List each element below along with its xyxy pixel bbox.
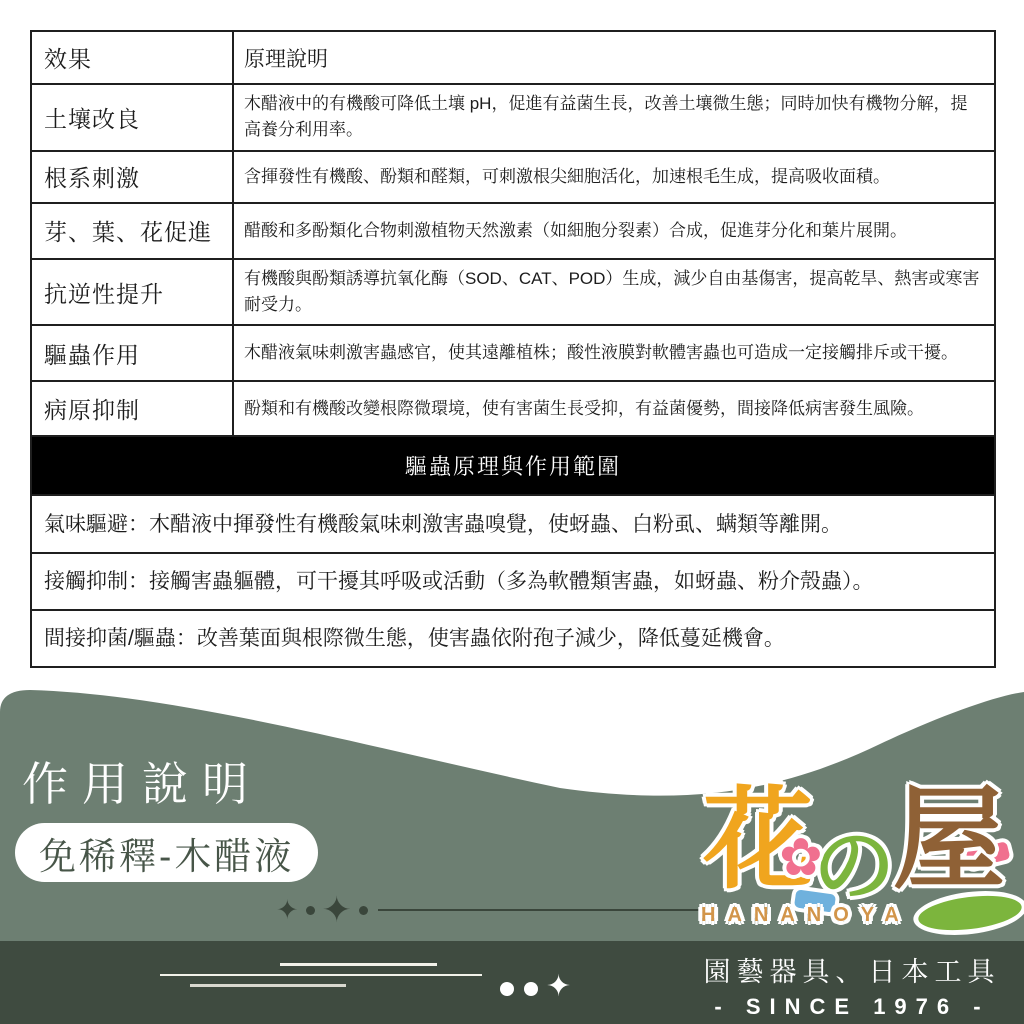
logo-latin-text: HANANOYA	[701, 905, 911, 925]
desc-cell: 酚類和有機酸改變根際微環境，使有害菌生長受抑，有益菌優勢，間接降低病害發生風險。	[233, 381, 995, 436]
table-header-row: 效果 原理說明	[31, 31, 995, 84]
divider-line	[378, 909, 700, 911]
product-subtitle-label: 免稀釋-木醋液	[39, 826, 294, 880]
effect-cell: 驅蟲作用	[31, 325, 233, 381]
desc-cell: 木醋液中的有機酸可降低土壤 pH，促進有益菌生長，改善土壤微生態；同時加快有機物…	[233, 84, 995, 151]
four-point-star-icon: ✦	[322, 892, 352, 928]
table-row: 病原抑制 酚類和有機酸改變根際微環境，使有害菌生長受抑，有益菌優勢，間接降低病害…	[31, 381, 995, 436]
dot-icon	[500, 982, 514, 996]
table-row: 根系刺激 含揮發性有機酸、酚類和醛類，可刺激根尖細胞活化，加速根毛生成，提高吸收…	[31, 151, 995, 203]
table-row: 抗逆性提升 有機酸與酚類誘導抗氧化酶（SOD、CAT、POD）生成，減少自由基傷…	[31, 259, 995, 326]
table-row: 芽、葉、花促進 醋酸和多酚類化合物刺激植物天然激素（如細胞分裂素）合成，促進芽分…	[31, 203, 995, 259]
header-effect: 效果	[31, 31, 233, 84]
dot-icon	[524, 982, 538, 996]
product-subtitle-pill: 免稀釋-木醋液	[15, 823, 318, 882]
effect-cell: 土壤改良	[31, 84, 233, 151]
mechanism-text: 間接抑菌/驅蟲：改善葉面與根際微生態，使害蟲依附孢子減少，降低蔓延機會。	[31, 610, 995, 667]
effect-cell: 芽、葉、花促進	[31, 203, 233, 259]
brand-logo: 花 の 屋 ✿ HANANOYA	[695, 786, 1024, 936]
brand-tagline: 園藝器具、日本工具	[690, 950, 1014, 989]
mechanism-text: 氣味驅避：木醋液中揮發性有機酸氣味刺激害蟲嗅覺，使蚜蟲、白粉虱、螨類等離開。	[31, 495, 995, 553]
mechanism-row: 間接抑菌/驅蟲：改善葉面與根際微生態，使害蟲依附孢子減少，降低蔓延機會。	[31, 610, 995, 667]
decor-line	[190, 984, 346, 987]
desc-cell: 有機酸與酚類誘導抗氧化酶（SOD、CAT、POD）生成，減少自由基傷害，提高乾旱…	[233, 259, 995, 326]
section-title: 作用說明	[22, 748, 262, 814]
diamond-line-motif: ✦ ✦	[276, 891, 700, 929]
table-row: 驅蟲作用 木醋液氣味刺激害蟲感官，使其遠離植株；酸性液膜對軟體害蟲也可造成一定接…	[31, 325, 995, 381]
decor-line	[280, 963, 437, 966]
banner-title: 驅蟲原理與作用範圍	[31, 436, 995, 495]
dot-icon	[359, 906, 368, 915]
table-row: 土壤改良 木醋液中的有機酸可降低土壤 pH，促進有益菌生長，改善土壤微生態；同時…	[31, 84, 995, 151]
dot-icon	[306, 906, 315, 915]
effect-cell: 抗逆性提升	[31, 259, 233, 326]
decor-line	[160, 974, 482, 976]
banner-row: 驅蟲原理與作用範圍	[31, 436, 995, 495]
effect-cell: 病原抑制	[31, 381, 233, 436]
effects-table: 效果 原理說明 土壤改良 木醋液中的有機酸可降低土壤 pH，促進有益菌生長，改善…	[30, 30, 996, 668]
mechanism-row: 接觸抑制：接觸害蟲軀體，可干擾其呼吸或活動（多為軟體類害蟲，如蚜蟲、粉介殼蟲）。	[31, 553, 995, 610]
four-point-star-icon: ✦	[546, 972, 571, 1002]
desc-cell: 含揮發性有機酸、酚類和醛類，可刺激根尖細胞活化，加速根毛生成，提高吸收面積。	[233, 151, 995, 203]
header-principle: 原理說明	[233, 31, 995, 84]
desc-cell: 木醋液氣味刺激害蟲感官，使其遠離植株；酸性液膜對軟體害蟲也可造成一定接觸排斥或干…	[233, 325, 995, 381]
since-year: - SINCE 1976 -	[690, 994, 1014, 1020]
effect-cell: 根系刺激	[31, 151, 233, 203]
logo-char-ya: 屋	[893, 784, 1005, 896]
mechanism-row: 氣味驅避：木醋液中揮發性有機酸氣味刺激害蟲嗅覺，使蚜蟲、白粉虱、螨類等離開。	[31, 495, 995, 553]
logo-char-no: の	[813, 826, 895, 908]
flower-icon: ✿	[779, 832, 823, 884]
four-point-star-icon: ✦	[276, 897, 299, 924]
mechanism-text: 接觸抑制：接觸害蟲軀體，可干擾其呼吸或活動（多為軟體類害蟲，如蚜蟲、粉介殼蟲）。	[31, 553, 995, 610]
desc-cell: 醋酸和多酚類化合物刺激植物天然激素（如細胞分裂素）合成，促進芽分化和葉片展開。	[233, 203, 995, 259]
